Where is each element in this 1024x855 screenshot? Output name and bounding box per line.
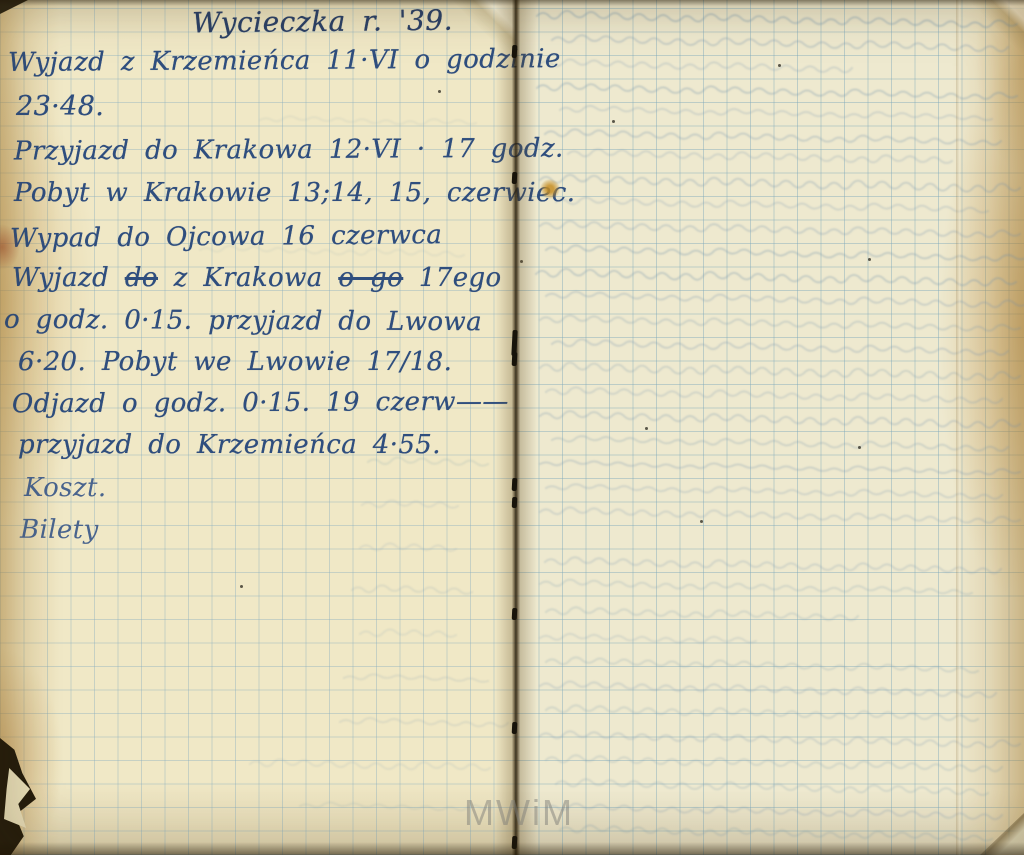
handwriting-line: Wypad do Ojcowa 16 czerwca xyxy=(10,220,442,254)
handwriting-text: Pobyt w Krakowie 13;14, 15, czerwiec. xyxy=(14,178,575,208)
handwriting-line: Wyjazd do z Krakowa o go 17ego xyxy=(12,263,502,293)
struck-word: do xyxy=(125,263,158,293)
handwriting-line: przyjazd do Krzemieńca 4·55. xyxy=(18,430,441,460)
stitch-mark xyxy=(512,836,518,849)
handwriting-line: Przyjazd do Krakowa 12·VI · 17 godz. xyxy=(14,134,564,167)
stitch-mark xyxy=(512,172,518,184)
handwriting-block: Wycieczka r. '39. Wyjazd z Krzemieńca 11… xyxy=(0,0,515,855)
handwriting-text: Odjazd o godz. 0·15. 19 czerw—— xyxy=(12,387,509,420)
handwriting-text: Wyjazd xyxy=(12,263,125,293)
dirt-speck xyxy=(868,258,871,261)
handwriting-line: Bilety xyxy=(20,515,99,546)
dirt-speck xyxy=(645,427,648,430)
handwriting-text: o godz. 0·15. przyjazd do Lwowa xyxy=(4,305,482,338)
watermark: MWiM xyxy=(464,792,574,834)
dirt-speck xyxy=(700,520,703,523)
handwriting-text: Koszt. xyxy=(24,473,107,503)
handwriting-text: Wyjazd z Krzemieńca 11·VI o godzinie xyxy=(8,44,561,78)
handwriting-line: Odjazd o godz. 0·15. 19 czerw—— xyxy=(12,387,509,420)
page-title: Wycieczka r. '39. xyxy=(192,4,453,40)
handwriting-text: 17ego xyxy=(403,263,501,293)
stitch-mark xyxy=(512,45,518,58)
stitch-mark xyxy=(512,497,518,508)
notebook-scan: Wycieczka r. '39. Wyjazd z Krzemieńca 11… xyxy=(0,0,1024,855)
handwriting-line: Wyjazd z Krzemieńca 11·VI o godzinie xyxy=(8,44,561,78)
dirt-speck xyxy=(240,585,243,588)
handwriting-line: Koszt. xyxy=(24,473,107,503)
handwriting-text: 6·20. Pobyt we Lwowie 17/18. xyxy=(18,347,452,377)
handwriting-line: 23·48. xyxy=(16,91,104,122)
right-page xyxy=(515,0,1024,855)
handwriting-text: 23·48. xyxy=(16,91,104,122)
handwriting-text: Bilety xyxy=(20,515,99,546)
handwriting-text: z Krakowa xyxy=(158,263,338,293)
dirt-speck xyxy=(438,90,441,93)
stitch-mark xyxy=(512,722,518,734)
handwriting-text: przyjazd do Krzemieńca 4·55. xyxy=(18,430,441,460)
dirt-speck xyxy=(520,260,523,263)
handwriting-line: 6·20. Pobyt we Lwowie 17/18. xyxy=(18,347,452,377)
dirt-speck xyxy=(778,64,781,67)
handwriting-line: Pobyt w Krakowie 13;14, 15, czerwiec. xyxy=(14,178,575,208)
handwriting-text: Wypad do Ojcowa 16 czerwca xyxy=(10,220,442,254)
stitch-mark xyxy=(512,352,518,366)
handwriting-text: Przyjazd do Krakowa 12·VI · 17 godz. xyxy=(14,134,564,167)
stitch-mark xyxy=(512,608,518,620)
stitch-mark xyxy=(512,478,518,491)
struck-word: o go xyxy=(338,263,403,293)
handwriting-line: o godz. 0·15. przyjazd do Lwowa xyxy=(4,305,482,338)
dirt-speck xyxy=(858,446,861,449)
dirt-speck xyxy=(612,120,615,123)
